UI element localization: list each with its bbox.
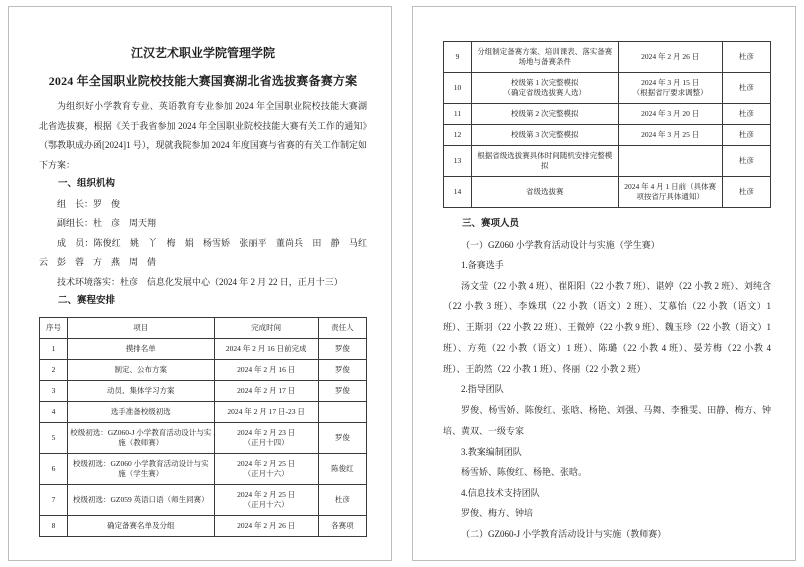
org-line-members: 成 员：陈俊红 姚 丫 梅 娟 杨雪娇 张丽平 董尚兵 田 静 马红云 彭 蓉 … <box>39 234 367 273</box>
table-cell: 制定、公布方案 <box>68 359 214 380</box>
table-cell: 陈俊红 <box>318 453 366 484</box>
table-cell: 4 <box>40 401 68 422</box>
table-cell: 校级第 1 次完整模拟 （确定省级选拔赛人选） <box>472 73 618 104</box>
table-cell: 9 <box>444 42 472 73</box>
table-cell: 2024 年 2 月 17 日 <box>214 380 318 401</box>
table-cell: 2024 年 2 月 26 日 <box>214 515 318 536</box>
column-header-item: 项目 <box>68 317 214 338</box>
table-cell: 校级初选：GZ059 英语口语（师生同赛） <box>68 484 214 515</box>
table-cell: 校级第 2 次完整模拟 <box>472 104 618 125</box>
table-cell: 8 <box>40 515 68 536</box>
table-cell: 2024 年 2 月 25 日 （正月十六） <box>214 484 318 515</box>
table-cell: 罗俊 <box>318 338 366 359</box>
table-cell: 2024 年 4 月 1 日前（具体赛项按省厅具体通知） <box>618 177 722 208</box>
schedule-table-header-row: 序号 项目 完成时间 责任人 <box>40 317 367 338</box>
table-cell: 动员、集体学习方案 <box>68 380 214 401</box>
table-cell: 1 <box>40 338 68 359</box>
table-row: 5校级初选：GZ060-J 小学教育活动设计与实施（教师赛）2024 年 2 月… <box>40 422 367 453</box>
subsection-teacher-competition: （二）GZ060-J 小学教育活动设计与实施（教师赛） <box>443 524 771 545</box>
table-row: 7校级初选：GZ059 英语口语（师生同赛）2024 年 2 月 25 日 （正… <box>40 484 367 515</box>
table-cell: 杜彦 <box>318 484 366 515</box>
table-row: 10校级第 1 次完整模拟 （确定省级选拔赛人选）2024 年 3 月 15 日… <box>444 73 771 104</box>
table-row: 2制定、公布方案2024 年 2 月 16 日罗俊 <box>40 359 367 380</box>
org-line-leader: 组 长：罗 俊 <box>39 195 367 215</box>
item-heading-contestants: 1.备赛选手 <box>443 255 771 276</box>
table-cell: 杜彦 <box>722 73 770 104</box>
intro-paragraph: 为组织好小学教育专业、英语教育专业参加 2024 年全国职业院校技能大赛湖北省选… <box>39 97 367 175</box>
subsection-student-competition: （一）GZ060 小学教育活动设计与实施（学生赛） <box>443 235 771 256</box>
section-heading-personnel: 三、赛项人员 <box>443 214 771 235</box>
table-cell: 校级初选：GZ060 小学教育活动设计与实施（学生赛） <box>68 453 214 484</box>
org-line-deputy: 副组长：杜 彦 周天翔 <box>39 214 367 234</box>
table-cell: 摸排名单 <box>68 338 214 359</box>
table-row: 11校级第 2 次完整模拟2024 年 3 月 20 日杜彦 <box>444 104 771 125</box>
table-row: 6校级初选：GZ060 小学教育活动设计与实施（学生赛）2024 年 2 月 2… <box>40 453 367 484</box>
table-cell: 校级第 3 次完整模拟 <box>472 125 618 146</box>
table-cell: 杜彦 <box>722 125 770 146</box>
table-cell: 14 <box>444 177 472 208</box>
table-row: 12校级第 3 次完整模拟2024 年 3 月 25 日杜彦 <box>444 125 771 146</box>
column-header-seq: 序号 <box>40 317 68 338</box>
item-heading-coaches: 2.指导团队 <box>443 379 771 400</box>
table-cell: 11 <box>444 104 472 125</box>
table-cell: 5 <box>40 422 68 453</box>
contestants-list: 汤文莹（22 小教 4 班）、崔阳阳（22 小教 7 班）、谌婷（22 小教 2… <box>443 276 771 380</box>
table-cell <box>618 146 722 177</box>
table-cell: 12 <box>444 125 472 146</box>
table-cell <box>318 401 366 422</box>
table-cell: 根据省级选拔赛具体时间随机安排完整模拟 <box>472 146 618 177</box>
column-header-time: 完成时间 <box>214 317 318 338</box>
table-cell: 2024 年 2 月 23 日 （正月十四） <box>214 422 318 453</box>
document-viewer: { "page1": { "title": "江汉艺术职业学院管理学院", "s… <box>0 0 804 567</box>
document-page-2: 9分组制定备赛方案、培训课表、落实备赛场地与备赛条件2024 年 2 月 26 … <box>412 6 796 561</box>
column-header-person: 责任人 <box>318 317 366 338</box>
schedule-table-continued: 9分组制定备赛方案、培训课表、落实备赛场地与备赛条件2024 年 2 月 26 … <box>443 41 771 208</box>
table-cell: 罗俊 <box>318 422 366 453</box>
lesson-team-list: 杨雪娇、陈俊红、杨艳、张晗。 <box>443 462 771 483</box>
table-cell: 杜彦 <box>722 177 770 208</box>
schedule-table: 序号 项目 完成时间 责任人 1摸排名单2024 年 2 月 16 日前完成罗俊… <box>39 317 367 537</box>
table-cell: 选手准备校级初选 <box>68 401 214 422</box>
table-row: 9分组制定备赛方案、培训课表、落实备赛场地与备赛条件2024 年 2 月 26 … <box>444 42 771 73</box>
section-heading-organization: 一、组织机构 <box>39 175 367 195</box>
table-cell: 省级选拔赛 <box>472 177 618 208</box>
item-heading-it-team: 4.信息技术支持团队 <box>443 483 771 504</box>
table-cell: 罗俊 <box>318 359 366 380</box>
it-team-list: 罗俊、梅方、钟培 <box>443 503 771 524</box>
table-cell: 2024 年 3 月 15 日 （根据省厅要求调整） <box>618 73 722 104</box>
document-title: 江汉艺术职业学院管理学院 <box>39 45 367 61</box>
coaches-list: 罗俊、杨雪娇、陈俊红、张晗、杨艳、刘强、马舞、李雅雯、田静、梅方、钟培、黄双、一… <box>443 400 771 442</box>
table-cell: 13 <box>444 146 472 177</box>
table-cell: 2024 年 2 月 17 日-23 日 <box>214 401 318 422</box>
table-cell: 2024 年 2 月 16 日前完成 <box>214 338 318 359</box>
table-cell: 2024 年 3 月 20 日 <box>618 104 722 125</box>
table-cell: 杜彦 <box>722 42 770 73</box>
table-cell: 杜彦 <box>722 146 770 177</box>
table-row: 4选手准备校级初选2024 年 2 月 17 日-23 日 <box>40 401 367 422</box>
document-page-1: 江汉艺术职业学院管理学院 2024 年全国职业院校技能大赛国赛湖北省选拔赛备赛方… <box>8 6 392 561</box>
table-cell: 7 <box>40 484 68 515</box>
item-heading-lesson-team: 3.教案编制团队 <box>443 442 771 463</box>
table-row: 1摸排名单2024 年 2 月 16 日前完成罗俊 <box>40 338 367 359</box>
table-cell: 分组制定备赛方案、培训课表、落实备赛场地与备赛条件 <box>472 42 618 73</box>
table-row: 14省级选拔赛2024 年 4 月 1 日前（具体赛项按省厅具体通知）杜彦 <box>444 177 771 208</box>
table-cell: 罗俊 <box>318 380 366 401</box>
table-cell: 各赛项 <box>318 515 366 536</box>
table-cell: 10 <box>444 73 472 104</box>
org-line-tech: 技术环境落实：杜彦 信息化发展中心（2024 年 2 月 22 日，正月十三） <box>39 273 367 293</box>
table-cell: 2024 年 2 月 25 日 （正月十六） <box>214 453 318 484</box>
table-row: 8确定备赛名单及分组2024 年 2 月 26 日各赛项 <box>40 515 367 536</box>
table-cell: 确定备赛名单及分组 <box>68 515 214 536</box>
table-row: 13根据省级选拔赛具体时间随机安排完整模拟杜彦 <box>444 146 771 177</box>
document-subtitle: 2024 年全国职业院校技能大赛国赛湖北省选拔赛备赛方案 <box>39 73 367 89</box>
table-cell: 2024 年 3 月 25 日 <box>618 125 722 146</box>
table-cell: 杜彦 <box>722 104 770 125</box>
table-cell: 校级初选：GZ060-J 小学教育活动设计与实施（教师赛） <box>68 422 214 453</box>
section-heading-schedule: 二、赛程安排 <box>39 292 367 312</box>
table-row: 3动员、集体学习方案2024 年 2 月 17 日罗俊 <box>40 380 367 401</box>
table-cell: 2024 年 2 月 16 日 <box>214 359 318 380</box>
table-cell: 2024 年 2 月 26 日 <box>618 42 722 73</box>
table-cell: 3 <box>40 380 68 401</box>
table-cell: 6 <box>40 453 68 484</box>
table-cell: 2 <box>40 359 68 380</box>
